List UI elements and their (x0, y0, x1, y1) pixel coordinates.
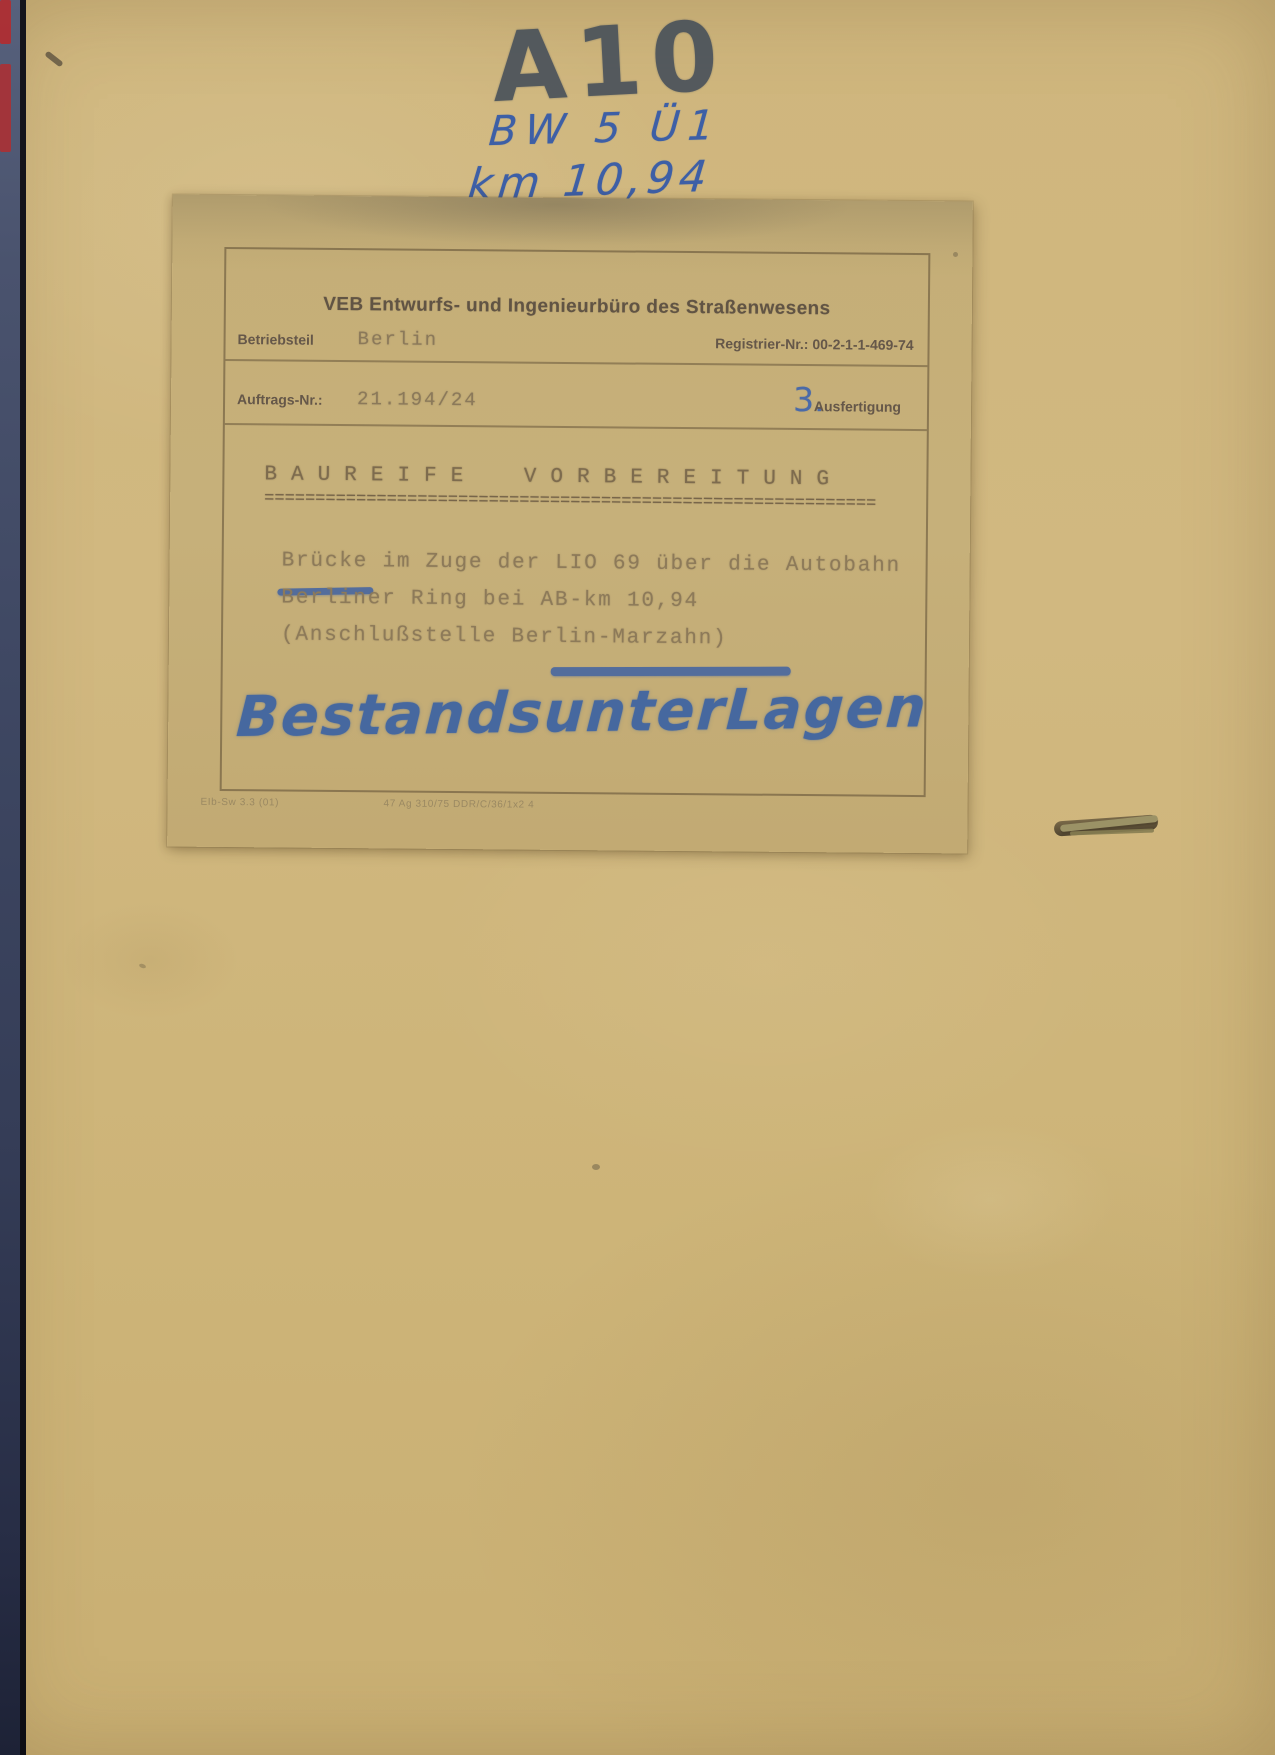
betriebsteil-label: Betriebsteil (238, 331, 314, 348)
body-line-1-rest: im Zuge der LIO 69 über die Autobahn (368, 550, 901, 578)
form-code-left: EIb-Sw 3.3 (01) (201, 797, 280, 809)
print-permit-code: 47 Ag 310/75 DDR/C/36/1x2 4 (384, 798, 535, 810)
label-form-box: VEB Entwurfs- und Ingenieurbüro des Stra… (220, 247, 931, 797)
binding-string (1040, 798, 1210, 882)
registrier-number: Registrier-Nr.: 00-2-1-1-469-74 (715, 335, 914, 353)
paper-speck (592, 1164, 600, 1170)
body-line-3: (Anschlußstelle Berlin-Marzahn) (281, 623, 728, 650)
paper-speck (44, 50, 63, 67)
binder-edge-shadow (20, 0, 26, 1755)
body-line-3-underlined: Berlin-Marzahn (511, 625, 713, 650)
body-line-2: Berliner Ring bei AB-km 10,94 (281, 586, 699, 613)
body-line-1-underlined-word: Brücke (282, 549, 369, 573)
auftrag-label: Auftrags-Nr.: (237, 391, 323, 408)
form-divider (225, 423, 927, 431)
paper-speck (139, 963, 147, 969)
glued-label: VEB Entwurfs- und Ingenieurbüro des Stra… (167, 195, 973, 854)
paper-stain (860, 1120, 1120, 1280)
scanned-folder-cover: A10 BW 5 Ü1 km 10,94 VEB Entwurfs- und I… (0, 0, 1275, 1755)
paper-speck (953, 252, 958, 257)
handwritten-bridge-number: BW 5 Ü1 (487, 101, 724, 155)
body-line-3-prefix: (Anschlußstelle (281, 623, 512, 648)
paper-stain (60, 900, 240, 1020)
red-edge-mark (0, 0, 11, 44)
ausfertigung-label: Ausfertigung (814, 398, 901, 415)
body-line-3-suffix: ) (713, 627, 728, 650)
betriebsteil-value: Berlin (358, 328, 439, 351)
auftrag-value: 21.194/24 (357, 388, 478, 411)
red-edge-mark (0, 64, 11, 152)
typed-title: BAUREIFE VORBEREITUNG (264, 463, 843, 491)
blue-underline-marzahn (551, 667, 791, 676)
label-header: VEB Entwurfs- und Ingenieurbüro des Stra… (226, 293, 928, 321)
body-line-1: Brücke im Zuge der LIO 69 über die Autob… (282, 549, 901, 577)
typed-title-underline: ========================================… (264, 489, 886, 513)
form-divider (225, 359, 927, 367)
handwritten-bestandsunterlagen: BestandsunterLagen (235, 675, 930, 750)
a10-stamp: A10 (490, 8, 730, 116)
binder-edge (0, 0, 26, 1755)
